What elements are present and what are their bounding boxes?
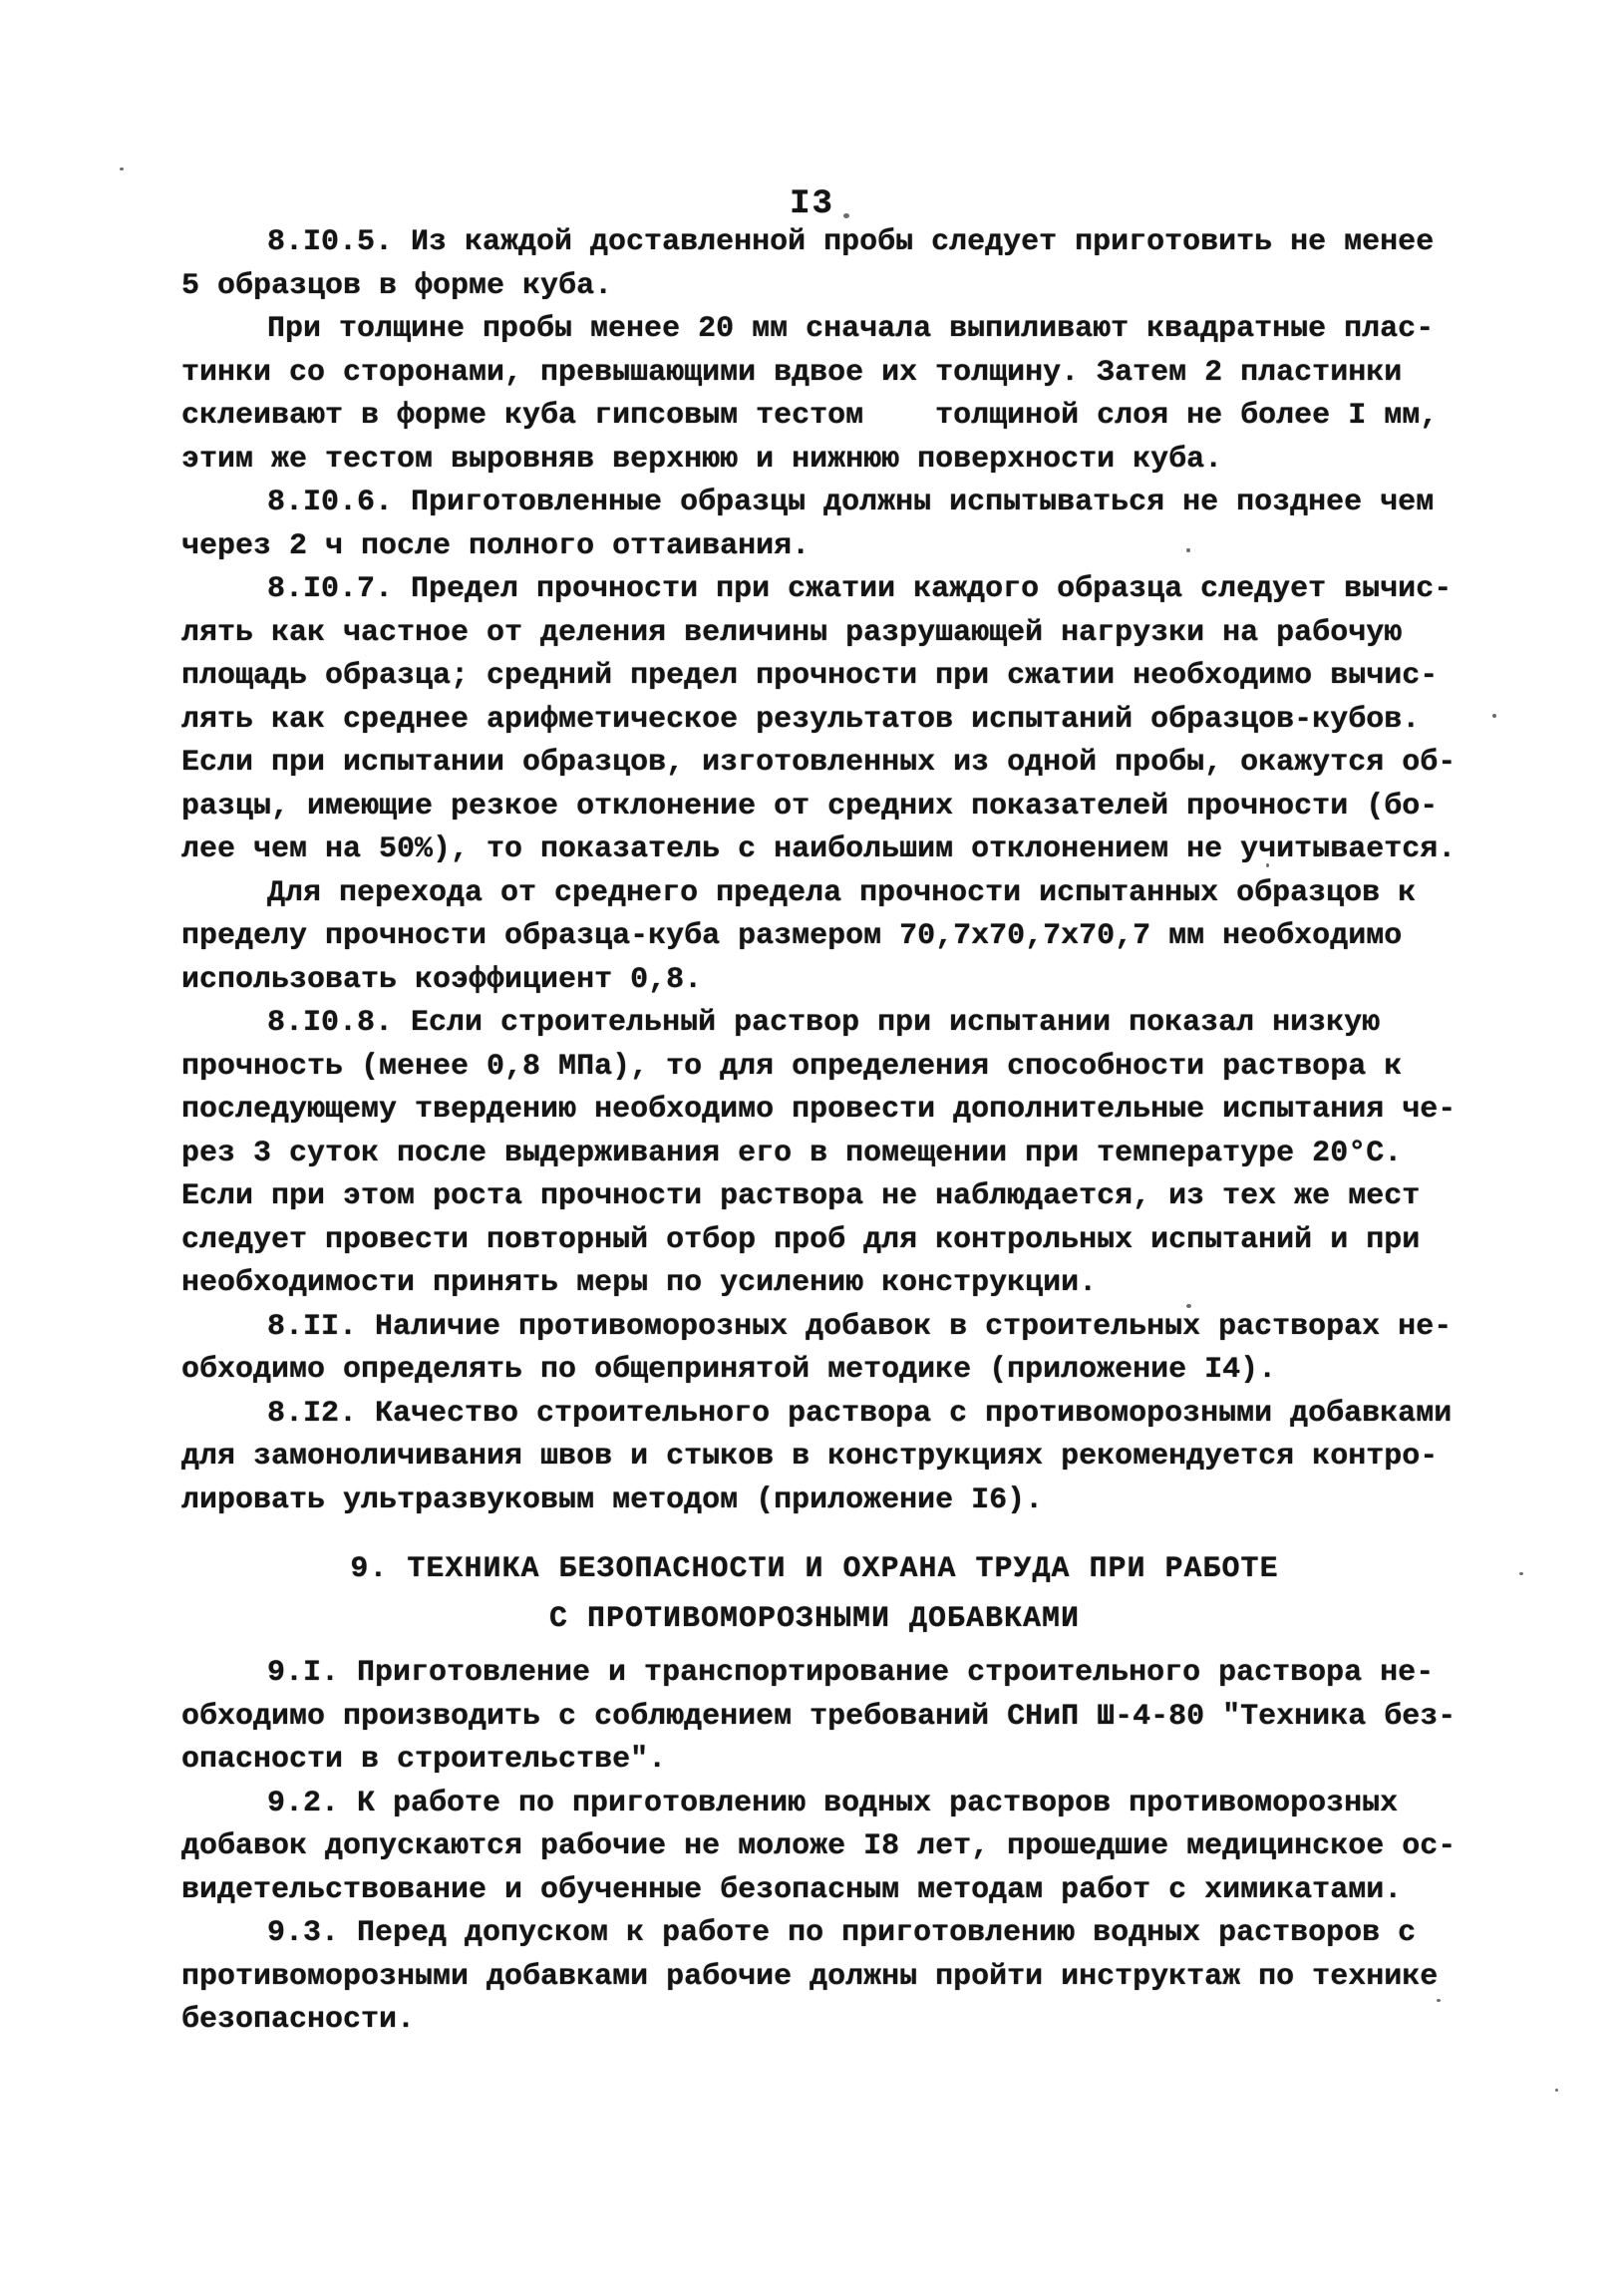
text-line: видетельствование и обученные безопасным…	[181, 1869, 1487, 1913]
text-line: этим же тестом выровняв верхнюю и нижнюю…	[181, 439, 1487, 483]
text-line: необходимости принять меры по усилению к…	[181, 1262, 1487, 1306]
text-line: разцы, имеющие резкое отклонение от сред…	[181, 786, 1487, 829]
text-line: площадь образца; средний предел прочност…	[181, 655, 1487, 699]
text-line: 8.I2. Качество строительного раствора с …	[181, 1393, 1487, 1437]
ink-speck	[1186, 548, 1190, 552]
text-line: через 2 ч после полного оттаивания.	[181, 525, 1487, 569]
text-line: 8.I0.6. Приготовленные образцы должны ис…	[181, 482, 1487, 525]
text-line: 9.3. Перед допуском к работе по приготов…	[181, 1912, 1487, 1956]
text-line: противоморозными добавками рабочие должн…	[181, 1956, 1487, 2000]
heading-line: С ПРОТИВОМОРОЗНЫМИ ДОБАВКАМИ	[181, 1594, 1448, 1644]
page-body-text: 8.I0.5. Из каждой доставленной пробы сле…	[181, 221, 1487, 2043]
text-line: 8.I0.7. Предел прочности при сжатии кажд…	[181, 568, 1487, 612]
ink-speck	[843, 213, 849, 218]
text-line: пределу прочности образца-куба размером …	[181, 915, 1487, 959]
text-line: лять как среднее арифметическое результа…	[181, 699, 1487, 743]
text-line: лировать ультразвуковым методом (приложе…	[181, 1479, 1487, 1523]
text-line: При толщине пробы менее 20 мм сначала вы…	[181, 308, 1487, 352]
text-line: безопасности.	[181, 1999, 1487, 2043]
text-line: добавок допускаются рабочие не моложе I8…	[181, 1825, 1487, 1869]
ink-speck	[1519, 1572, 1523, 1575]
ink-speck	[1186, 1304, 1191, 1308]
text-line: Для перехода от среднего предела прочнос…	[181, 872, 1487, 916]
text-line: обходимо производить с соблюдением требо…	[181, 1696, 1487, 1740]
text-line: для замоноличивания швов и стыков в конс…	[181, 1436, 1487, 1479]
text-line: использовать коэффициент 0,8.	[181, 959, 1487, 1003]
text-line: лее чем на 50%), то показатель с наиболь…	[181, 828, 1487, 872]
ink-speck	[1437, 1999, 1441, 2002]
text-line: 9.I. Приготовление и транспортирование с…	[181, 1652, 1487, 1696]
text-line: Если при этом роста прочности раствора н…	[181, 1175, 1487, 1219]
text-line: 9.2. К работе по приготовлению водных ра…	[181, 1783, 1487, 1826]
text-line: 8.I0.8. Если строительный раствор при ис…	[181, 1002, 1487, 1046]
heading-line: 9. ТЕХНИКА БЕЗОПАСНОСТИ И ОХРАНА ТРУДА П…	[181, 1544, 1448, 1594]
text-line: прочность (менее 0,8 МПа), то для опреде…	[181, 1046, 1487, 1090]
ink-speck	[1266, 863, 1269, 867]
text-line: склеивают в форме куба гипсовым тестом т…	[181, 395, 1487, 439]
document-page: I3 8.I0.5. Из каждой доставленной пробы …	[0, 0, 1624, 2296]
ink-speck	[1555, 2089, 1558, 2092]
ink-speck	[1492, 714, 1496, 718]
text-line: 5 образцов в форме куба.	[181, 265, 1487, 309]
text-line: Если при испытании образцов, изготовленн…	[181, 742, 1487, 786]
text-line: последующему твердению необходимо провес…	[181, 1089, 1487, 1133]
text-line: опасности в строительстве".	[181, 1739, 1487, 1783]
ink-speck	[120, 167, 124, 170]
page-number: I3	[0, 185, 1624, 223]
text-line: рез 3 суток после выдерживания его в пом…	[181, 1133, 1487, 1176]
section-heading: 9. ТЕХНИКА БЕЗОПАСНОСТИ И ОХРАНА ТРУДА П…	[181, 1544, 1448, 1644]
text-line: 8.II. Наличие противоморозных добавок в …	[181, 1306, 1487, 1350]
text-line: следует провести повторный отбор проб дл…	[181, 1219, 1487, 1263]
text-line: лять как частное от деления величины раз…	[181, 612, 1487, 656]
text-line: обходимо определять по общепринятой мето…	[181, 1349, 1487, 1393]
text-line: тинки со сторонами, превышающими вдвое и…	[181, 352, 1487, 396]
text-line: 8.I0.5. Из каждой доставленной пробы сле…	[181, 221, 1487, 265]
